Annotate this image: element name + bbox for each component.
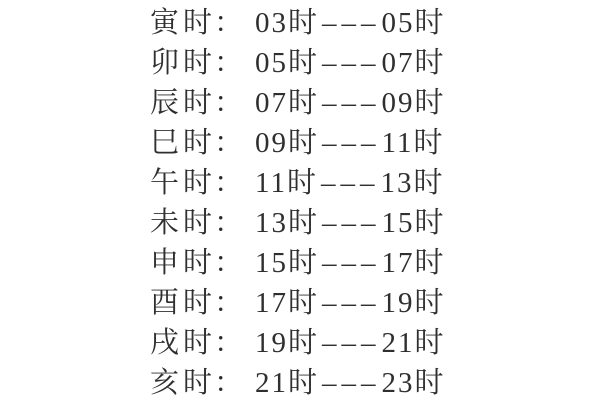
colon: ：: [214, 7, 243, 39]
shichen-label: 午时: [150, 167, 216, 199]
dash-separator: –––: [322, 327, 381, 359]
dash-separator: –––: [322, 87, 381, 119]
colon: ：: [214, 247, 243, 279]
start-time: 17时: [255, 287, 319, 319]
start-time: 11时: [255, 167, 318, 199]
dash-separator: –––: [322, 247, 381, 279]
dash-separator: –––: [321, 167, 380, 199]
colon: ：: [214, 367, 243, 399]
dash-separator: –––: [322, 47, 381, 79]
colon: ：: [214, 47, 243, 79]
end-time: 23时: [382, 367, 446, 399]
shichen-label: 巳时: [150, 127, 216, 159]
shichen-label: 戌时: [150, 327, 216, 359]
end-time: 15时: [382, 207, 446, 239]
shichen-label: 卯时: [150, 47, 216, 79]
shichen-row-yin: 寅时：03时–––05时: [150, 3, 446, 43]
shichen-label: 未时: [150, 207, 216, 239]
colon: ：: [214, 327, 243, 359]
shichen-row-chen: 辰时：07时–––09时: [150, 83, 446, 123]
start-time: 07时: [255, 87, 319, 119]
dash-separator: –––: [322, 7, 381, 39]
start-time: 19时: [255, 327, 319, 359]
shichen-label: 寅时: [150, 7, 216, 39]
end-time: 17时: [382, 247, 446, 279]
end-time: 13时: [380, 167, 444, 199]
start-time: 05时: [255, 47, 319, 79]
shichen-row-you: 酉时：17时–––19时: [150, 283, 446, 323]
end-time: 09时: [382, 87, 446, 119]
end-time: 19时: [382, 287, 446, 319]
dash-separator: –––: [322, 367, 381, 399]
colon: ：: [214, 127, 243, 159]
shichen-row-mao: 卯时：05时–––07时: [150, 43, 446, 83]
end-time: 21时: [382, 327, 446, 359]
shichen-row-wu: 午时：11时–––13时: [150, 163, 446, 203]
colon: ：: [214, 167, 243, 199]
dash-separator: –––: [322, 127, 381, 159]
colon: ：: [214, 207, 243, 239]
end-time: 07时: [382, 47, 446, 79]
document-page: 寅时：03时–––05时 卯时：05时–––07时 辰时：07时–––09时 巳…: [0, 0, 600, 400]
dash-separator: –––: [322, 207, 381, 239]
shichen-label: 亥时: [150, 367, 216, 399]
start-time: 21时: [255, 367, 319, 399]
dash-separator: –––: [322, 287, 381, 319]
start-time: 15时: [255, 247, 319, 279]
shichen-row-wei: 未时：13时–––15时: [150, 203, 446, 243]
end-time: 05时: [382, 7, 446, 39]
start-time: 09时: [255, 127, 319, 159]
colon: ：: [214, 287, 243, 319]
shichen-label: 申时: [150, 247, 216, 279]
shichen-row-hai: 亥时：21时–––23时: [150, 363, 446, 400]
shichen-row-xu: 戌时：19时–––21时: [150, 323, 446, 363]
end-time: 11时: [382, 127, 445, 159]
shichen-row-si: 巳时：09时–––11时: [150, 123, 446, 163]
start-time: 13时: [255, 207, 319, 239]
start-time: 03时: [255, 7, 319, 39]
shichen-hours-list: 寅时：03时–––05时 卯时：05时–––07时 辰时：07时–––09时 巳…: [150, 3, 446, 400]
colon: ：: [214, 87, 243, 119]
shichen-label: 酉时: [150, 287, 216, 319]
shichen-row-shen: 申时：15时–––17时: [150, 243, 446, 283]
shichen-label: 辰时: [150, 87, 216, 119]
